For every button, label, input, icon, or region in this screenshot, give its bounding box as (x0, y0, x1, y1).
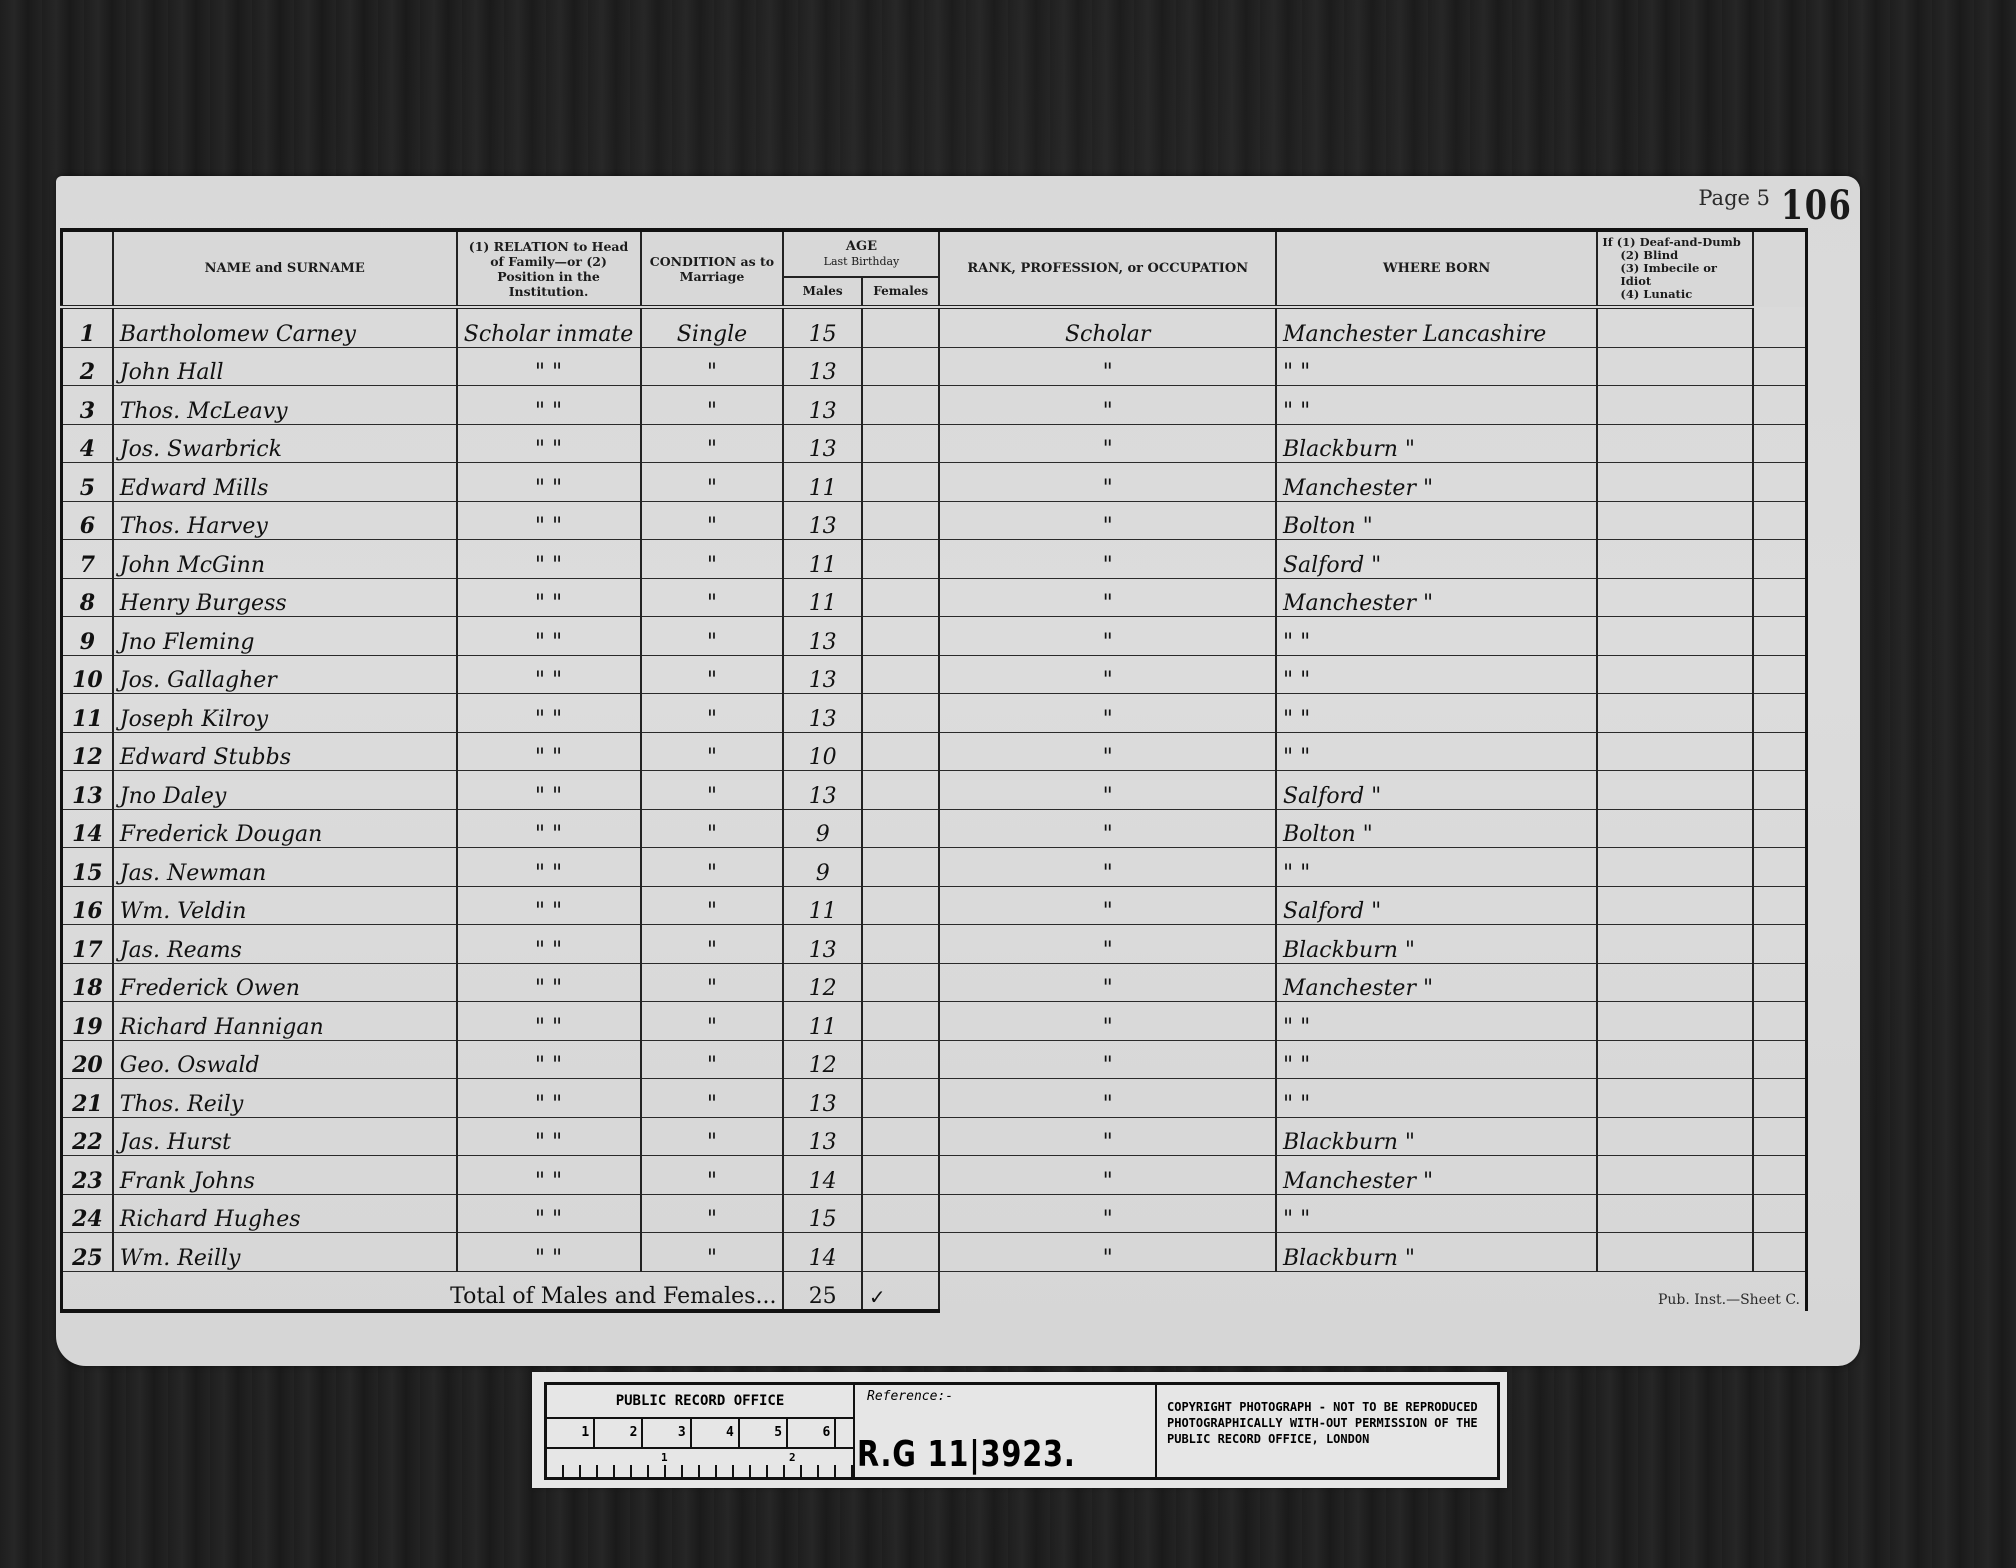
row-number: 10 (62, 655, 113, 694)
occupation-cell: " (939, 617, 1276, 656)
census-row: 12Edward Stubbs" ""10"" " (62, 732, 1807, 771)
pro-reference-panel: Reference:- R.G 11|3923. (855, 1385, 1157, 1477)
margin-cell (1753, 424, 1806, 463)
row-number: 25 (62, 1233, 113, 1272)
person-name: Wm. Reilly (113, 1233, 457, 1272)
infirmity-cell (1597, 1156, 1753, 1195)
census-row: 13Jno Daley" ""13"Salford " (62, 771, 1807, 810)
condition-cell: " (641, 386, 784, 425)
age-female-cell (862, 1233, 940, 1272)
age-female-cell (862, 771, 940, 810)
census-row: 20Geo. Oswald" ""12"" " (62, 1040, 1807, 1079)
pro-ruler-scale: 1 2 (547, 1449, 853, 1477)
copyright-notice: COPYRIGHT PHOTOGRAPH - NOT TO BE REPRODU… (1157, 1385, 1497, 1477)
age-female-cell (862, 347, 940, 386)
age-male-cell: 15 (783, 307, 861, 347)
relation-cell: Scholar inmate (457, 307, 641, 347)
infirmity-cell (1597, 732, 1753, 771)
relation-cell: " " (457, 925, 641, 964)
infirmity-cell (1597, 1117, 1753, 1156)
census-row: 10Jos. Gallagher" ""13"" " (62, 655, 1807, 694)
condition-cell: " (641, 1002, 784, 1041)
infirmity-cell (1597, 617, 1753, 656)
row-number: 5 (62, 463, 113, 502)
header-where-born: WHERE BORN (1276, 230, 1597, 307)
census-row: 19Richard Hannigan" ""11"" " (62, 1002, 1807, 1041)
occupation-cell: " (939, 694, 1276, 733)
condition-cell: " (641, 963, 784, 1002)
age-male-cell: 9 (783, 848, 861, 887)
age-male-cell: 13 (783, 694, 861, 733)
occupation-cell: " (939, 1156, 1276, 1195)
age-female-cell (862, 848, 940, 887)
infirmity-cell (1597, 386, 1753, 425)
margin-cell (1753, 655, 1806, 694)
condition-cell: " (641, 1117, 784, 1156)
occupation-cell: Scholar (939, 307, 1276, 347)
row-number: 23 (62, 1156, 113, 1195)
infirmity-cell (1597, 463, 1753, 502)
condition-cell: " (641, 501, 784, 540)
where-born-cell: Manchester " (1276, 963, 1597, 1002)
person-name: Thos. Harvey (113, 501, 457, 540)
census-table: NAME and SURNAME (1) RELATION to Head of… (60, 228, 1808, 1313)
occupation-cell: " (939, 1117, 1276, 1156)
pro-box-3: 3 (643, 1419, 691, 1447)
condition-cell: " (641, 1079, 784, 1118)
margin-cell (1753, 540, 1806, 579)
where-born-cell: Blackburn " (1276, 424, 1597, 463)
pro-box-5: 5 (740, 1419, 788, 1447)
pro-box-6: 6 (788, 1419, 836, 1447)
census-row: 18Frederick Owen" ""12"Manchester " (62, 963, 1807, 1002)
person-name: Jas. Newman (113, 848, 457, 887)
relation-cell: " " (457, 540, 641, 579)
infirmity-cell (1597, 694, 1753, 733)
where-born-cell: " " (1276, 1194, 1597, 1233)
pro-label-frame: PUBLIC RECORD OFFICE 1 2 3 4 5 6 1 2 Ref… (544, 1382, 1500, 1480)
condition-cell: " (641, 1233, 784, 1272)
person-name: Edward Mills (113, 463, 457, 502)
census-row: 5Edward Mills" ""11"Manchester " (62, 463, 1807, 502)
age-male-cell: 11 (783, 1002, 861, 1041)
margin-cell (1753, 1156, 1806, 1195)
age-female-cell (862, 424, 940, 463)
pro-box-4: 4 (692, 1419, 740, 1447)
census-row: 4Jos. Swarbrick" ""13"Blackburn " (62, 424, 1807, 463)
where-born-cell: " " (1276, 617, 1597, 656)
census-row: 25Wm. Reilly" ""14"Blackburn " (62, 1233, 1807, 1272)
infirmity-cell (1597, 307, 1753, 347)
header-margin (1753, 230, 1806, 307)
person-name: Jno Daley (113, 771, 457, 810)
occupation-cell: " (939, 1002, 1276, 1041)
occupation-cell: " (939, 925, 1276, 964)
total-label: Total of Males and Females... (450, 1284, 776, 1309)
occupation-cell: " (939, 1079, 1276, 1118)
where-born-cell: " " (1276, 732, 1597, 771)
row-number: 9 (62, 617, 113, 656)
row-number: 7 (62, 540, 113, 579)
condition-cell: " (641, 347, 784, 386)
pro-scale-panel: PUBLIC RECORD OFFICE 1 2 3 4 5 6 1 2 (547, 1385, 855, 1477)
row-number: 19 (62, 1002, 113, 1041)
header-name: NAME and SURNAME (113, 230, 457, 307)
reference-value: R.G 11|3923. (857, 1434, 1076, 1475)
census-row: 9Jno Fleming" ""13"" " (62, 617, 1807, 656)
condition-cell: " (641, 463, 784, 502)
infirmity-cell (1597, 501, 1753, 540)
occupation-cell: " (939, 386, 1276, 425)
age-male-cell: 12 (783, 963, 861, 1002)
occupation-cell: " (939, 578, 1276, 617)
census-row: 21Thos. Reily" ""13"" " (62, 1079, 1807, 1118)
person-name: Wm. Veldin (113, 886, 457, 925)
infirmity-cell (1597, 1079, 1753, 1118)
where-born-cell: " " (1276, 1079, 1597, 1118)
where-born-cell: Manchester " (1276, 463, 1597, 502)
where-born-cell: Blackburn " (1276, 1117, 1597, 1156)
person-name: John McGinn (113, 540, 457, 579)
infirmity-cell (1597, 809, 1753, 848)
person-name: Frederick Owen (113, 963, 457, 1002)
condition-cell: " (641, 424, 784, 463)
infirmity-cell (1597, 655, 1753, 694)
age-male-cell: 13 (783, 501, 861, 540)
person-name: Geo. Oswald (113, 1040, 457, 1079)
census-row: 23Frank Johns" ""14"Manchester " (62, 1156, 1807, 1195)
margin-cell (1753, 848, 1806, 887)
occupation-cell: " (939, 424, 1276, 463)
header-females: Females (862, 277, 940, 307)
row-number: 12 (62, 732, 113, 771)
reference-label: Reference:- (867, 1389, 953, 1404)
where-born-cell: Blackburn " (1276, 925, 1597, 964)
margin-cell (1753, 463, 1806, 502)
row-number: 11 (62, 694, 113, 733)
margin-cell (1753, 347, 1806, 386)
where-born-cell: Manchester " (1276, 578, 1597, 617)
relation-cell: " " (457, 386, 641, 425)
row-number: 15 (62, 848, 113, 887)
census-row: 2John Hall" ""13"" " (62, 347, 1807, 386)
occupation-cell: " (939, 886, 1276, 925)
age-female-cell (862, 809, 940, 848)
relation-cell: " " (457, 732, 641, 771)
person-name: Jos. Gallagher (113, 655, 457, 694)
age-male-cell: 15 (783, 1194, 861, 1233)
margin-cell (1753, 925, 1806, 964)
person-name: Richard Hughes (113, 1194, 457, 1233)
pro-box-1: 1 (547, 1419, 595, 1447)
margin-cell (1753, 307, 1806, 347)
age-male-cell: 13 (783, 386, 861, 425)
relation-cell: " " (457, 771, 641, 810)
row-number: 4 (62, 424, 113, 463)
age-male-cell: 13 (783, 347, 861, 386)
margin-cell (1753, 732, 1806, 771)
relation-cell: " " (457, 963, 641, 1002)
total-row: Total of Males and Females... 25 ✓ (62, 1271, 1807, 1311)
infirmity-line-4: (4) Lunatic (1602, 288, 1748, 301)
where-born-cell: Manchester Lancashire (1276, 307, 1597, 347)
age-female-cell (862, 694, 940, 733)
age-male-cell: 10 (783, 732, 861, 771)
margin-cell (1753, 1079, 1806, 1118)
header-occupation: RANK, PROFESSION, or OCCUPATION (939, 230, 1276, 307)
row-number: 16 (62, 886, 113, 925)
condition-cell: " (641, 848, 784, 887)
where-born-cell: Salford " (1276, 540, 1597, 579)
census-row: 1Bartholomew CarneyScholar inmateSingle1… (62, 307, 1807, 347)
age-female-cell (862, 501, 940, 540)
age-female-cell (862, 578, 940, 617)
infirmity-cell (1597, 424, 1753, 463)
header-row-number (62, 230, 113, 307)
age-male-cell: 13 (783, 424, 861, 463)
pro-number-boxes: 1 2 3 4 5 6 (547, 1419, 853, 1449)
where-born-cell: " " (1276, 848, 1597, 887)
relation-cell: " " (457, 578, 641, 617)
occupation-cell: " (939, 1233, 1276, 1272)
infirmity-cell (1597, 771, 1753, 810)
condition-cell: " (641, 655, 784, 694)
infirmity-cell (1597, 540, 1753, 579)
age-male-cell: 13 (783, 1117, 861, 1156)
total-spacer: Total of Males and Females... (62, 1271, 784, 1311)
occupation-cell: " (939, 963, 1276, 1002)
age-male-cell: 11 (783, 578, 861, 617)
person-name: Jas. Hurst (113, 1117, 457, 1156)
row-number: 8 (62, 578, 113, 617)
age-male-cell: 11 (783, 463, 861, 502)
margin-cell (1753, 1233, 1806, 1272)
age-female-cell (862, 307, 940, 347)
occupation-cell: " (939, 347, 1276, 386)
margin-cell (1753, 771, 1806, 810)
condition-cell: " (641, 771, 784, 810)
person-name: Jno Fleming (113, 617, 457, 656)
census-row: 11Joseph Kilroy" ""13"" " (62, 694, 1807, 733)
margin-cell (1753, 1194, 1806, 1233)
header-age: AGE Last Birthday (783, 230, 939, 277)
relation-cell: " " (457, 1117, 641, 1156)
condition-cell: " (641, 540, 784, 579)
age-female-cell (862, 1002, 940, 1041)
margin-cell (1753, 386, 1806, 425)
row-number: 22 (62, 1117, 113, 1156)
age-female-cell (862, 463, 940, 502)
age-female-cell (862, 732, 940, 771)
ruler-mark-1: 1 (661, 1451, 668, 1464)
margin-cell (1753, 501, 1806, 540)
margin-cell (1753, 694, 1806, 733)
age-female-cell (862, 386, 940, 425)
where-born-cell: " " (1276, 386, 1597, 425)
infirmity-cell (1597, 925, 1753, 964)
where-born-cell: " " (1276, 694, 1597, 733)
row-number: 17 (62, 925, 113, 964)
margin-cell (1753, 1002, 1806, 1041)
infirmity-cell (1597, 963, 1753, 1002)
infirmity-cell (1597, 347, 1753, 386)
occupation-cell: " (939, 732, 1276, 771)
row-number: 14 (62, 809, 113, 848)
census-row: 14Frederick Dougan" ""9"Bolton " (62, 809, 1807, 848)
condition-cell: " (641, 886, 784, 925)
age-male-cell: 9 (783, 809, 861, 848)
page-label: Page 5 (1698, 186, 1770, 210)
age-male-cell: 14 (783, 1233, 861, 1272)
where-born-cell: Bolton " (1276, 809, 1597, 848)
margin-cell (1753, 886, 1806, 925)
occupation-cell: " (939, 540, 1276, 579)
condition-cell: " (641, 732, 784, 771)
relation-cell: " " (457, 617, 641, 656)
form-footer-note: Pub. Inst.—Sheet C. (1658, 1292, 1800, 1308)
where-born-cell: " " (1276, 347, 1597, 386)
row-number: 13 (62, 771, 113, 810)
condition-cell: Single (641, 307, 784, 347)
header-males: Males (783, 277, 861, 307)
relation-cell: " " (457, 1040, 641, 1079)
header-age-sub: Last Birthday (788, 254, 934, 269)
condition-cell: " (641, 809, 784, 848)
infirmity-cell (1597, 1040, 1753, 1079)
header-condition: CONDITION as to Marriage (641, 230, 784, 307)
margin-cell (1753, 1040, 1806, 1079)
total-tick: ✓ (862, 1271, 940, 1311)
occupation-cell: " (939, 501, 1276, 540)
folio-number: 106 (1780, 182, 1852, 229)
relation-cell: " " (457, 424, 641, 463)
age-female-cell (862, 1079, 940, 1118)
age-male-cell: 13 (783, 655, 861, 694)
age-female-cell (862, 1156, 940, 1195)
infirmity-cell (1597, 886, 1753, 925)
relation-cell: " " (457, 655, 641, 694)
age-female-cell (862, 655, 940, 694)
row-number: 2 (62, 347, 113, 386)
age-male-cell: 13 (783, 925, 861, 964)
row-number: 24 (62, 1194, 113, 1233)
header-relation: (1) RELATION to Head of Family—or (2) Po… (457, 230, 641, 307)
age-female-cell (862, 1117, 940, 1156)
age-male-cell: 14 (783, 1156, 861, 1195)
where-born-cell: Salford " (1276, 886, 1597, 925)
age-male-cell: 13 (783, 771, 861, 810)
condition-cell: " (641, 1194, 784, 1233)
condition-cell: " (641, 617, 784, 656)
condition-cell: " (641, 925, 784, 964)
person-name: Jos. Swarbrick (113, 424, 457, 463)
person-name: Thos. McLeavy (113, 386, 457, 425)
census-row: 22Jas. Hurst" ""13"Blackburn " (62, 1117, 1807, 1156)
age-female-cell (862, 617, 940, 656)
infirmity-line-3: (3) Imbecile or Idiot (1602, 262, 1748, 288)
pro-box-7 (836, 1419, 853, 1447)
relation-cell: " " (457, 809, 641, 848)
census-page: Page 5 106 NAME and SURNAME (1) RELATION… (56, 176, 1860, 1366)
person-name: Henry Burgess (113, 578, 457, 617)
census-rows: 1Bartholomew CarneyScholar inmateSingle1… (62, 307, 1807, 1271)
infirmity-cell (1597, 848, 1753, 887)
occupation-cell: " (939, 1194, 1276, 1233)
relation-cell: " " (457, 1156, 641, 1195)
person-name: Frank Johns (113, 1156, 457, 1195)
margin-cell (1753, 617, 1806, 656)
pro-title: PUBLIC RECORD OFFICE (547, 1385, 853, 1419)
public-record-office-label: PUBLIC RECORD OFFICE 1 2 3 4 5 6 1 2 Ref… (532, 1372, 1507, 1488)
occupation-cell: " (939, 463, 1276, 502)
census-row: 15Jas. Newman" ""9"" " (62, 848, 1807, 887)
census-row: 17Jas. Reams" ""13"Blackburn " (62, 925, 1807, 964)
person-name: Edward Stubbs (113, 732, 457, 771)
age-female-cell (862, 886, 940, 925)
relation-cell: " " (457, 886, 641, 925)
person-name: Frederick Dougan (113, 809, 457, 848)
census-row: 16Wm. Veldin" ""11"Salford " (62, 886, 1807, 925)
person-name: Thos. Reily (113, 1079, 457, 1118)
relation-cell: " " (457, 501, 641, 540)
row-number: 18 (62, 963, 113, 1002)
row-number: 20 (62, 1040, 113, 1079)
occupation-cell: " (939, 655, 1276, 694)
margin-cell (1753, 578, 1806, 617)
row-number: 1 (62, 307, 113, 347)
ruler-mark-2: 2 (789, 1451, 796, 1464)
person-name: Joseph Kilroy (113, 694, 457, 733)
relation-cell: " " (457, 1194, 641, 1233)
header-age-title: AGE (788, 239, 934, 254)
census-row: 7John McGinn" ""11"Salford " (62, 540, 1807, 579)
age-male-cell: 11 (783, 540, 861, 579)
row-number: 21 (62, 1079, 113, 1118)
age-female-cell (862, 925, 940, 964)
age-male-cell: 11 (783, 886, 861, 925)
age-female-cell (862, 540, 940, 579)
occupation-cell: " (939, 848, 1276, 887)
relation-cell: " " (457, 463, 641, 502)
person-name: Bartholomew Carney (113, 307, 457, 347)
age-male-cell: 12 (783, 1040, 861, 1079)
pro-box-2: 2 (595, 1419, 643, 1447)
margin-cell (1753, 1117, 1806, 1156)
condition-cell: " (641, 578, 784, 617)
age-female-cell (862, 1040, 940, 1079)
total-males: 25 (783, 1271, 861, 1311)
where-born-cell: Blackburn " (1276, 1233, 1597, 1272)
person-name: Jas. Reams (113, 925, 457, 964)
row-number: 6 (62, 501, 113, 540)
infirmity-cell (1597, 578, 1753, 617)
relation-cell: " " (457, 1079, 641, 1118)
relation-cell: " " (457, 347, 641, 386)
person-name: Richard Hannigan (113, 1002, 457, 1041)
condition-cell: " (641, 694, 784, 733)
infirmity-cell (1597, 1002, 1753, 1041)
header-infirmity: If (1) Deaf-and-Dumb (2) Blind (3) Imbec… (1597, 230, 1753, 307)
age-female-cell (862, 1194, 940, 1233)
where-born-cell: Salford " (1276, 771, 1597, 810)
relation-cell: " " (457, 1233, 641, 1272)
condition-cell: " (641, 1040, 784, 1079)
where-born-cell: " " (1276, 655, 1597, 694)
row-number: 3 (62, 386, 113, 425)
where-born-cell: Bolton " (1276, 501, 1597, 540)
age-male-cell: 13 (783, 617, 861, 656)
age-male-cell: 13 (783, 1079, 861, 1118)
